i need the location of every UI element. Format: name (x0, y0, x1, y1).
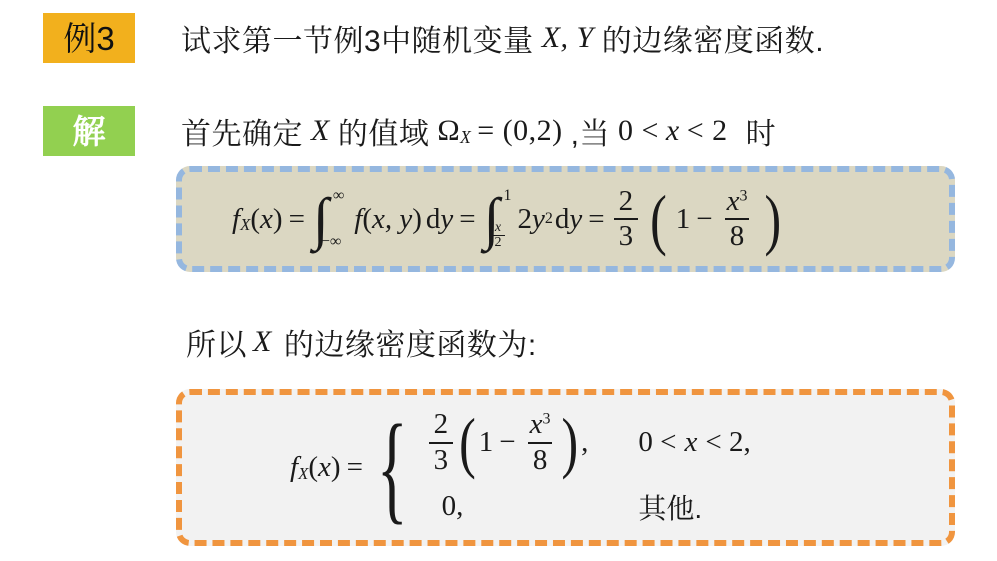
fraction-two-thirds: 2 3 (429, 408, 454, 477)
solution-badge: 解 (43, 106, 135, 156)
fx-lhs: fX(x) (232, 203, 283, 236)
arg-x: x (318, 451, 331, 484)
integral-1: ∫ ∞ −∞ (313, 187, 346, 251)
fraction-denominator: 8 (528, 442, 553, 477)
fraction-numerator: 2 (429, 408, 454, 441)
equals-sign: = (289, 203, 305, 236)
problem-statement: 试求第一节例3中随机变量 X, Y 的边缘密度函数. (181, 16, 824, 60)
piecewise-brace: { (377, 407, 408, 529)
x-variable: x (530, 408, 543, 440)
rparen: ) (273, 203, 283, 236)
fraction-denominator: 3 (429, 442, 454, 477)
problem-text-after: 的边缘密度函数. (602, 16, 824, 60)
function-sub: X (298, 463, 308, 483)
x-exponent: 3 (543, 411, 551, 428)
integral-2-upper: 1 (504, 187, 517, 205)
solution-badge-label: 解 (73, 115, 106, 148)
big-rparen: ) (764, 189, 781, 250)
problem-text-before: 试求第一节例3中随机变量 (181, 16, 534, 60)
omega-equation: = (0,2) (477, 114, 562, 148)
omega-domain: ΩX = (0,2) (437, 114, 562, 148)
integral-1-lower: −∞ (321, 233, 341, 251)
big-lparen: ( (459, 412, 476, 473)
differential-y: y (440, 203, 453, 236)
number-one: 1 (479, 426, 494, 459)
solution-text-2: 的值域 (338, 109, 430, 153)
case-1-expression: 2 3 ( 1 − x3 8 ), (426, 408, 589, 477)
fraction-x-cubed-eighth: x3 8 (525, 408, 556, 477)
function-f: f (290, 451, 298, 484)
solution-text-3: ,当 (571, 109, 610, 153)
number-one: 1 (676, 203, 691, 236)
arg-x: x (260, 203, 273, 236)
fraction-numerator: 2 (614, 185, 639, 218)
conclusion-text-2: 的边缘密度函数为: (284, 320, 537, 364)
fraction-denominator: 3 (614, 218, 639, 253)
condition-right: < 2, (705, 426, 750, 459)
integral-2: ∫ 1 x 2 (484, 187, 510, 251)
fraction-numerator: x3 (525, 408, 556, 441)
result-formula-box: fX(x) = { 2 3 ( 1 − x3 8 ), (176, 389, 955, 546)
lparen: ( (308, 451, 318, 484)
integrand-2: 2y2 dy (518, 203, 583, 236)
case-1-condition: 0 < x < 2, (638, 426, 750, 459)
variable-x: X (311, 114, 330, 148)
problem-variables: X, Y (542, 21, 594, 55)
integral-formula: fX(x) = ∫ ∞ −∞ f(x, y) dy = ∫ 1 x (232, 185, 784, 254)
fx-lhs: fX(x) (290, 451, 341, 484)
integral-2-limits: 1 x 2 (497, 187, 510, 251)
equals-sign: = (588, 203, 604, 236)
omega-subscript: X (460, 127, 471, 148)
solution-text-4: 时 (746, 109, 777, 153)
function-f: f (232, 203, 240, 236)
differential-d: d (555, 203, 570, 236)
solution-intro: 首先确定 X 的值域 ΩX = (0,2) ,当 0 < x < 2 时 (181, 109, 776, 153)
variable-y: y (532, 203, 545, 236)
fraction-numerator: x3 (722, 185, 753, 218)
variable-x: X (253, 325, 272, 359)
equals-sign: = (347, 451, 363, 484)
inequality: 0 < x < 2 (618, 114, 728, 148)
inequality-variable: x (666, 114, 680, 148)
condition-variable: x (685, 426, 698, 459)
conclusion-line: 所以 X 的边缘密度函数为: (186, 320, 537, 364)
integral-1-upper: ∞ (333, 187, 353, 205)
lparen: ( (250, 203, 260, 236)
big-rparen: ) (562, 412, 579, 473)
coefficient-2: 2 (518, 203, 533, 236)
integral-1-limits: ∞ −∞ (326, 187, 346, 251)
differential-y: y (569, 203, 582, 236)
case-2-expression: 0, (426, 490, 589, 523)
rparen: ) (331, 451, 341, 484)
fraction-denominator: 8 (725, 218, 750, 253)
case-1-comma: , (581, 426, 588, 459)
integrand-args: x, y (372, 203, 412, 236)
problem-row: 例3 试求第一节例3中随机变量 X, Y 的边缘密度函数. (43, 13, 824, 63)
example-badge-label: 例3 (63, 22, 114, 55)
fraction-two-thirds: 2 3 (614, 185, 639, 254)
omega-symbol: Ω (437, 114, 460, 148)
example-badge: 例3 (43, 13, 135, 63)
solution-row: 解 首先确定 X 的值域 ΩX = (0,2) ,当 0 < x < 2 时 (43, 106, 776, 156)
integrand-rparen: ) (412, 203, 422, 236)
big-lparen: ( (650, 189, 667, 250)
x-exponent: 3 (740, 187, 748, 204)
integrand-f: f (354, 203, 362, 236)
piecewise-cases: 2 3 ( 1 − x3 8 ), 0 < x < 2, (426, 408, 751, 527)
case-2-condition: 其他. (638, 487, 750, 527)
equals-sign: = (459, 203, 475, 236)
integrand-1: f(x, y) dy (354, 203, 453, 236)
inequality-left: 0 < (618, 114, 659, 148)
integral-2-lower-fraction: x 2 (492, 221, 505, 251)
differential-d: d (426, 203, 441, 236)
piecewise-formula: fX(x) = { 2 3 ( 1 − x3 8 ), (290, 408, 751, 527)
integral-formula-box: fX(x) = ∫ ∞ −∞ f(x, y) dy = ∫ 1 x (176, 166, 955, 272)
conclusion-text-1: 所以 (186, 320, 247, 364)
fraction-x-cubed-eighth: x3 8 (722, 185, 753, 254)
function-sub: X (240, 215, 250, 235)
minus-sign: − (696, 203, 712, 236)
inequality-right: < 2 (687, 114, 728, 148)
condition-left: 0 < (638, 426, 676, 459)
lower-limit-numerator: x (493, 221, 503, 236)
x-variable: x (727, 185, 740, 217)
minus-sign: − (499, 426, 515, 459)
lower-limit-denominator: 2 (492, 235, 505, 251)
lecture-slide: 例3 试求第一节例3中随机变量 X, Y 的边缘密度函数. 解 首先确定 X 的… (0, 0, 997, 561)
solution-text-1: 首先确定 (181, 109, 303, 153)
integrand-lparen: ( (362, 203, 372, 236)
